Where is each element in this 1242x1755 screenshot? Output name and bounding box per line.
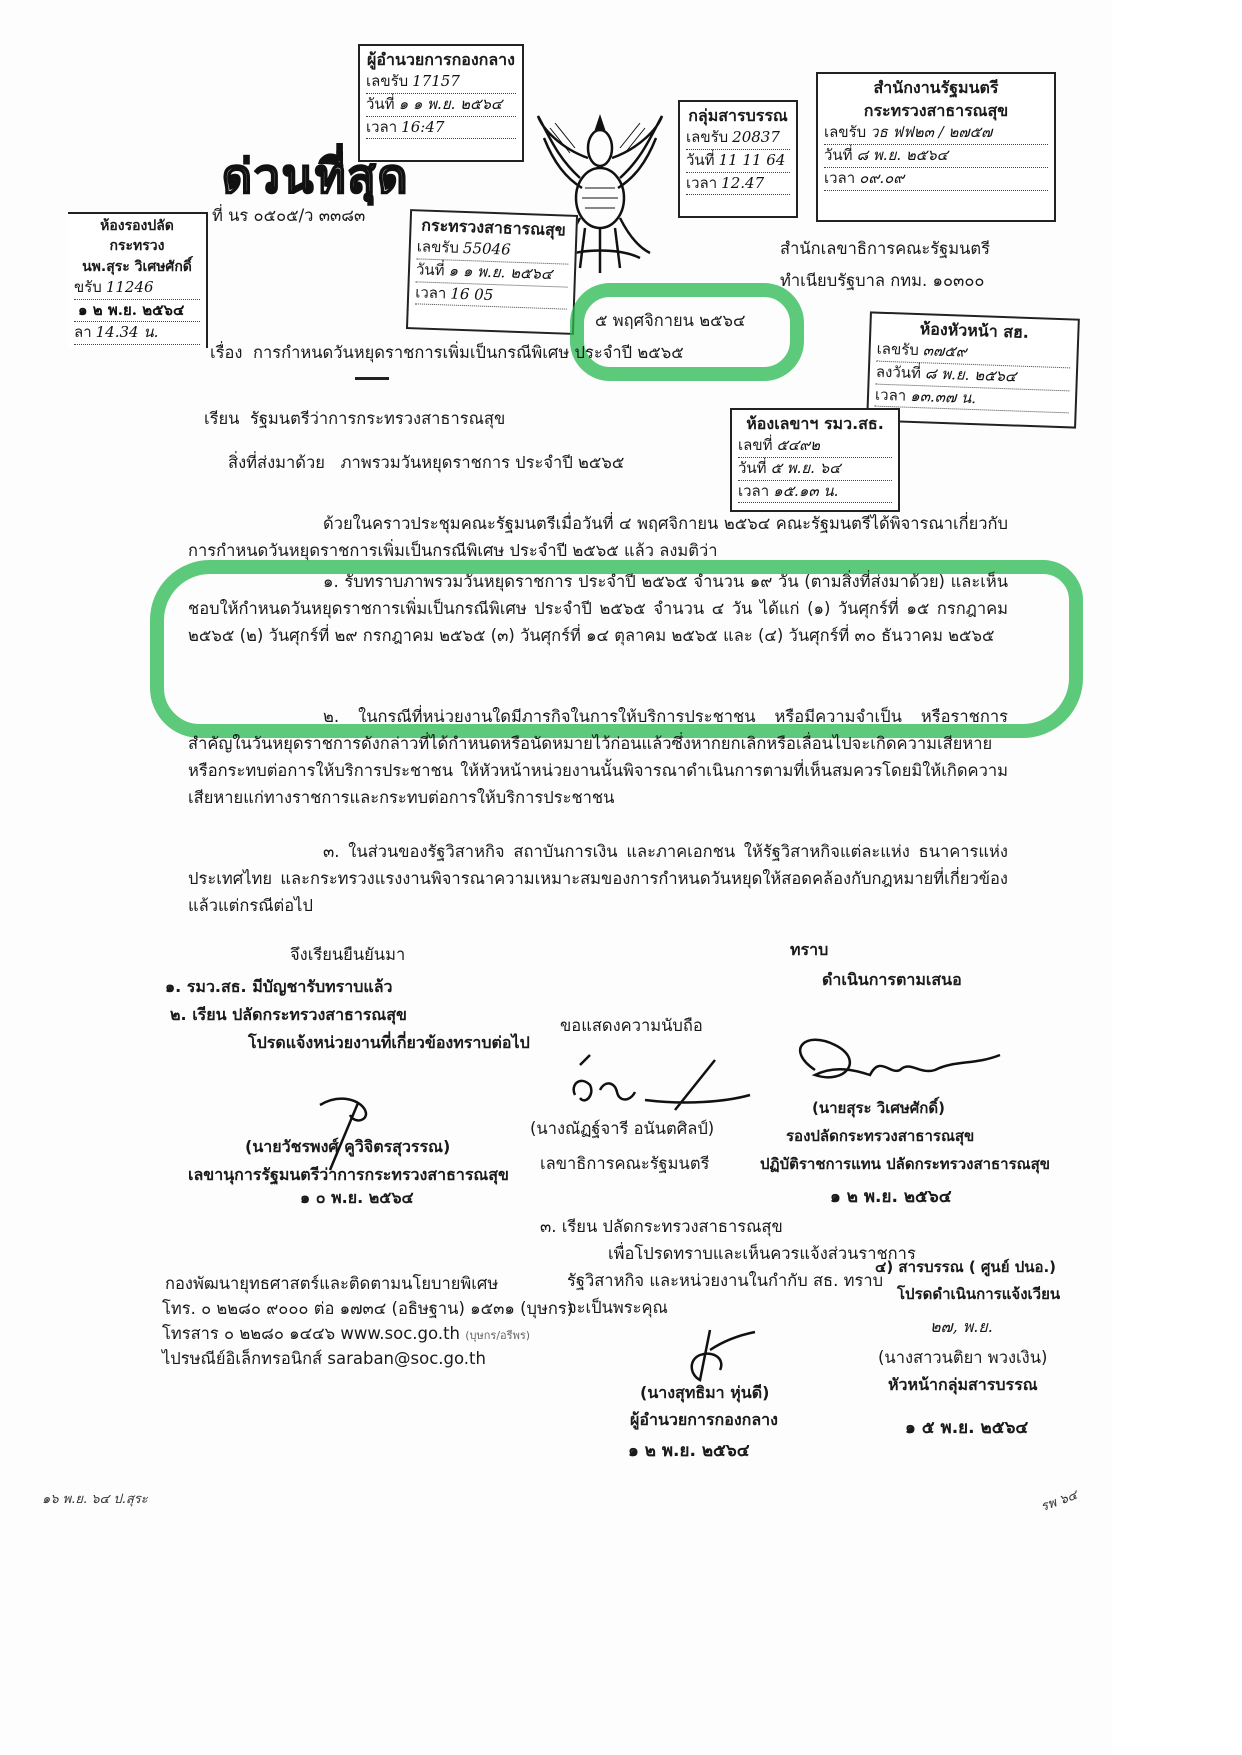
stamp-label: วันที่ [366,94,395,116]
to-line: เรียน รัฐมนตรีว่าการกระทรวงสาธารณสุข [204,408,505,430]
signatory-1-title: เลขานุการรัฐมนตรีว่าการกระทรวงสาธารณสุข [188,1163,509,1188]
stamp-title: กลุ่มสารบรรณ [686,104,790,127]
signatory-3-title: รองปลัดกระทรวงสาธารณสุข [786,1124,974,1148]
stamp-label: วันที่ [416,259,445,282]
subject-underline [355,377,389,380]
document-page: ด่วนที่สุด ที่ นร ๐๕๐๕/ว ๓๓๘๓ ผู้อำนวยกา… [0,0,1112,1755]
stamp-deputy-perm-sec: ห้องรองปลัดกระทรวง นพ.สุระ วิเศษศักดิ์ ข… [68,212,208,348]
subject-label: เรื่อง [210,343,242,362]
stamp-label: เลขที่ [738,435,772,457]
stamp-value: ๘ พ.ย. ๒๕๖๔ [857,145,948,167]
stamp-value: 11246 [106,277,154,299]
stamp-label: เวลา [875,384,907,407]
stamp-value: 16:47 [401,117,444,139]
signatory-3-date: ๑ ๒ พ.ย. ๒๕๖๔ [830,1183,952,1210]
paragraph-resolution-1: ๑. รับทราบภาพรวมวันหยุดราชการ ประจำปี ๒๕… [188,568,1008,649]
stamp-title: สำนักงานรัฐมนตรี [824,76,1048,99]
stamp-value: ๑ ๑ พ.ย. ๒๕๖๔ [448,260,552,285]
stamp-value: 14.34 น. [96,322,159,344]
signatory-4-date: ๑ ๒ พ.ย. ๒๕๖๔ [628,1437,750,1464]
stamp-label: ขรับ [74,277,102,299]
regards-text: ขอแสดงความนับถือ [560,1015,703,1037]
signature-4-icon [680,1320,760,1390]
note-notify-units: โปรดแจ้งหน่วยงานที่เกี่ยวข้องทราบต่อไป [248,1031,530,1056]
stamp-secretary-minister: ห้องเลขาฯ รมว.สธ. เลขที่๕๔๙๒ วันที่๕ พ.ย… [730,408,900,512]
stamp-saraban-group: กลุ่มสารบรรณ เลขรับ20837 วันที่11 11 64 … [678,100,798,218]
paragraph-resolution-2: ๒. ในกรณีที่หน่วยงานใดมีภารกิจในการให้บร… [188,703,1008,811]
stamp-title: ผู้อำนวยการกองกลาง [366,48,516,71]
bottom-note-left: ๑๖ พ.ย. ๖๔ ป.สุระ [42,1488,148,1509]
stamp-subtitle: นพ.สุระ วิเศษศักดิ์ [74,257,200,277]
paragraph-resolution-3: ๓. ในส่วนของรัฐวิสาหกิจ สถาบันการเงิน แล… [188,838,1008,919]
signatory-5-title: หัวหน้ากลุ่มสารบรรณ [888,1373,1038,1398]
stamp-value: 20837 [732,127,780,149]
stamp-minister-office: สำนักงานรัฐมนตรี กระทรวงสาธารณสุข เลขรับ… [816,72,1056,222]
document-number: ที่ นร ๐๕๐๕/ว ๓๓๘๓ [212,205,365,227]
enclosure-label: สิ่งที่ส่งมาด้วย [228,453,325,472]
forward-note-line-3: รัฐวิสาหกิจ และหน่วยงานในกำกับ สธ. ทราบ [567,1270,883,1292]
signatory-4-title: ผู้อำนวยการกองกลาง [630,1408,778,1433]
stamp-title: ห้องเลขาฯ รมว.สธ. [738,412,892,435]
stamp-label: วันที่ [824,145,853,167]
note-forward-perm-sec: ๒. เรียน ปลัดกระทรวงสาธารณสุข [170,1003,407,1028]
stamp-label: เลขรับ [876,339,919,362]
stamp-value: วธ ฟฟ๒๓ / ๒๗๕๗ [870,122,992,144]
stamp-value: ๑๕.๑๓ น. [773,481,838,503]
signatory-5-name: (นางสาวนติยา พวงเงิน) [878,1347,1047,1369]
contact-email: ไปรษณีย์อิเล็กทรอนิกส์ saraban@soc.go.th [162,1348,486,1370]
stamp-label: ลงวันที่ [875,362,921,385]
closing-text: จึงเรียนยืนยันมา [290,944,405,966]
stamp-label: เลขรับ [366,71,408,93]
signatory-2-title: เลขาธิการคณะรัฐมนตรี [540,1153,709,1175]
paragraph-intro: ด้วยในคราวประชุมคณะรัฐมนตรีเมื่อวันที่ ๔… [188,510,1008,564]
enclosure-text: ภาพรวมวันหยุดราชการ ประจำปี ๒๕๖๕ [341,453,625,472]
contact-division: กองพัฒนายุทธศาสตร์และติดตามนโยบายพิเศษ [165,1273,498,1295]
forward-note-line-1: ๓. เรียน ปลัดกระทรวงสาธารณสุข [540,1216,783,1238]
stamp-value: ๕ พ.ย. ๖๔ [771,458,841,480]
stamp-title: ห้องรองปลัดกระทรวง [74,216,200,257]
stamp-director-central: ผู้อำนวยการกองกลาง เลขรับ17157 วันที่๑ ๑… [358,44,524,162]
note-proceed-as-proposed: ดำเนินการตามเสนอ [822,968,962,993]
stamp-ministry-saraban: กระทรวงสาธารณสุข เลขรับ55046 วันที่๑ ๑ พ… [406,209,578,335]
stamp-value: ๘ พ.ย. ๒๕๖๔ [925,363,1017,388]
contact-fax-note: (บุษกร/อรีพร) [465,1329,530,1342]
signatory-4-name: (นางสุทธิมา หุ่นดี) [640,1381,769,1406]
stamp-value: ๕๔๙๒ [776,435,820,457]
document-date: ๕ พฤศจิกายน ๒๕๖๔ [595,310,746,332]
signature-3-icon [785,1030,1015,1100]
stamp-value: 11 11 64 [719,150,786,172]
note-acknowledged: ทราบ [790,938,828,963]
contact-fax: โทรสาร ๐ ๒๒๘๐ ๑๔๔๖ www.soc.go.th (บุษกร/… [162,1323,530,1345]
stamp-label: ลา [74,322,92,344]
stamp-subtitle: กระทรวงสาธารณสุข [824,99,1048,122]
forward-note-line-4: จะเป็นพระคุณ [567,1297,668,1319]
signatory-5-date: ๑ ๕ พ.ย. ๒๕๖๔ [905,1414,1028,1441]
stamp-label: เวลา [686,173,717,195]
stamp-label: เลขรับ [416,237,459,260]
note-minister-acknowledged: ๑. รมว.สธ. มีบัญชารับทราบแล้ว [165,975,393,1000]
stamp-label: เวลา [824,168,855,190]
to-text: รัฐมนตรีว่าการกระทรวงสาธารณสุข [250,409,505,428]
saraban-note-line-2: โปรดดำเนินการแจ้งเวียน [897,1282,1060,1306]
subject-line: เรื่อง การกำหนดวันหยุดราชการเพิ่มเป็นกรณ… [210,342,684,364]
subject-text: การกำหนดวันหยุดราชการเพิ่มเป็นกรณีพิเศษ … [253,343,684,362]
signature-1-icon [310,1085,390,1175]
sender-office: สำนักเลขาธิการคณะรัฐมนตรี [780,238,990,260]
saraban-note-initials: ๒๗, พ.ย. [930,1315,993,1340]
stamp-value: 55046 [463,238,511,261]
stamp-value: ๑๓.๓๗ น. [910,386,977,410]
sender-address: ทำเนียบรัฐบาล กทม. ๑๐๓๐๐ [780,270,984,292]
signatory-3-name: (นายสุระ วิเศษศักดิ์) [812,1096,945,1120]
saraban-note-line-1: ๔) สารบรรณ ( ศูนย์ ปนอ.) [875,1255,1056,1279]
signatory-3-title-2: ปฏิบัติราชการแทน ปลัดกระทรวงสาธารณสุข [760,1152,1050,1176]
signatory-1-date: ๑ ๐ พ.ย. ๒๕๖๔ [300,1186,414,1211]
stamp-label: วันที่ [686,150,715,172]
stamp-label: เวลา [738,481,769,503]
enclosure-line: สิ่งที่ส่งมาด้วย ภาพรวมวันหยุดราชการ ประ… [228,452,624,474]
stamp-value: 16 05 [450,283,494,306]
stamp-label: วันที่ [738,458,767,480]
stamp-value: 12.47 [721,173,764,195]
stamp-label: เวลา [366,117,397,139]
contact-phone: โทร. ๐ ๒๒๘๐ ๙๐๐๐ ต่อ ๑๗๓๔ (อธิษฐาน) ๑๕๓๑… [162,1298,573,1320]
signatory-1-name: (นายวัชรพงศ์ คูวิจิตรสุวรรณ) [245,1135,450,1160]
stamp-value: ๑ ๒ พ.ย. ๒๕๖๔ [78,300,184,322]
stamp-label: เวลา [415,282,447,305]
stamp-value: 17157 [412,71,460,93]
stamp-value: ๓๗๕๙ [922,340,967,363]
stamp-value: ๑ ๑ พ.ย. ๒๕๖๔ [399,94,503,116]
signatory-2-name: (นางณัฏฐ์จารี อนันตศิลป์) [530,1118,714,1140]
stamp-value: ๐๙.๐๙ [859,168,904,190]
to-label: เรียน [204,409,239,428]
contact-fax-text: โทรสาร ๐ ๒๒๘๐ ๑๔๔๖ www.soc.go.th [162,1324,460,1343]
stamp-label: เลขรับ [824,122,866,144]
bottom-note-right: รพ ๖๔ [1038,1484,1081,1517]
stamp-label: เลขรับ [686,127,728,149]
forward-note-line-2: เพื่อโปรดทราบและเห็นควรแจ้งส่วนราชการ [608,1243,916,1265]
